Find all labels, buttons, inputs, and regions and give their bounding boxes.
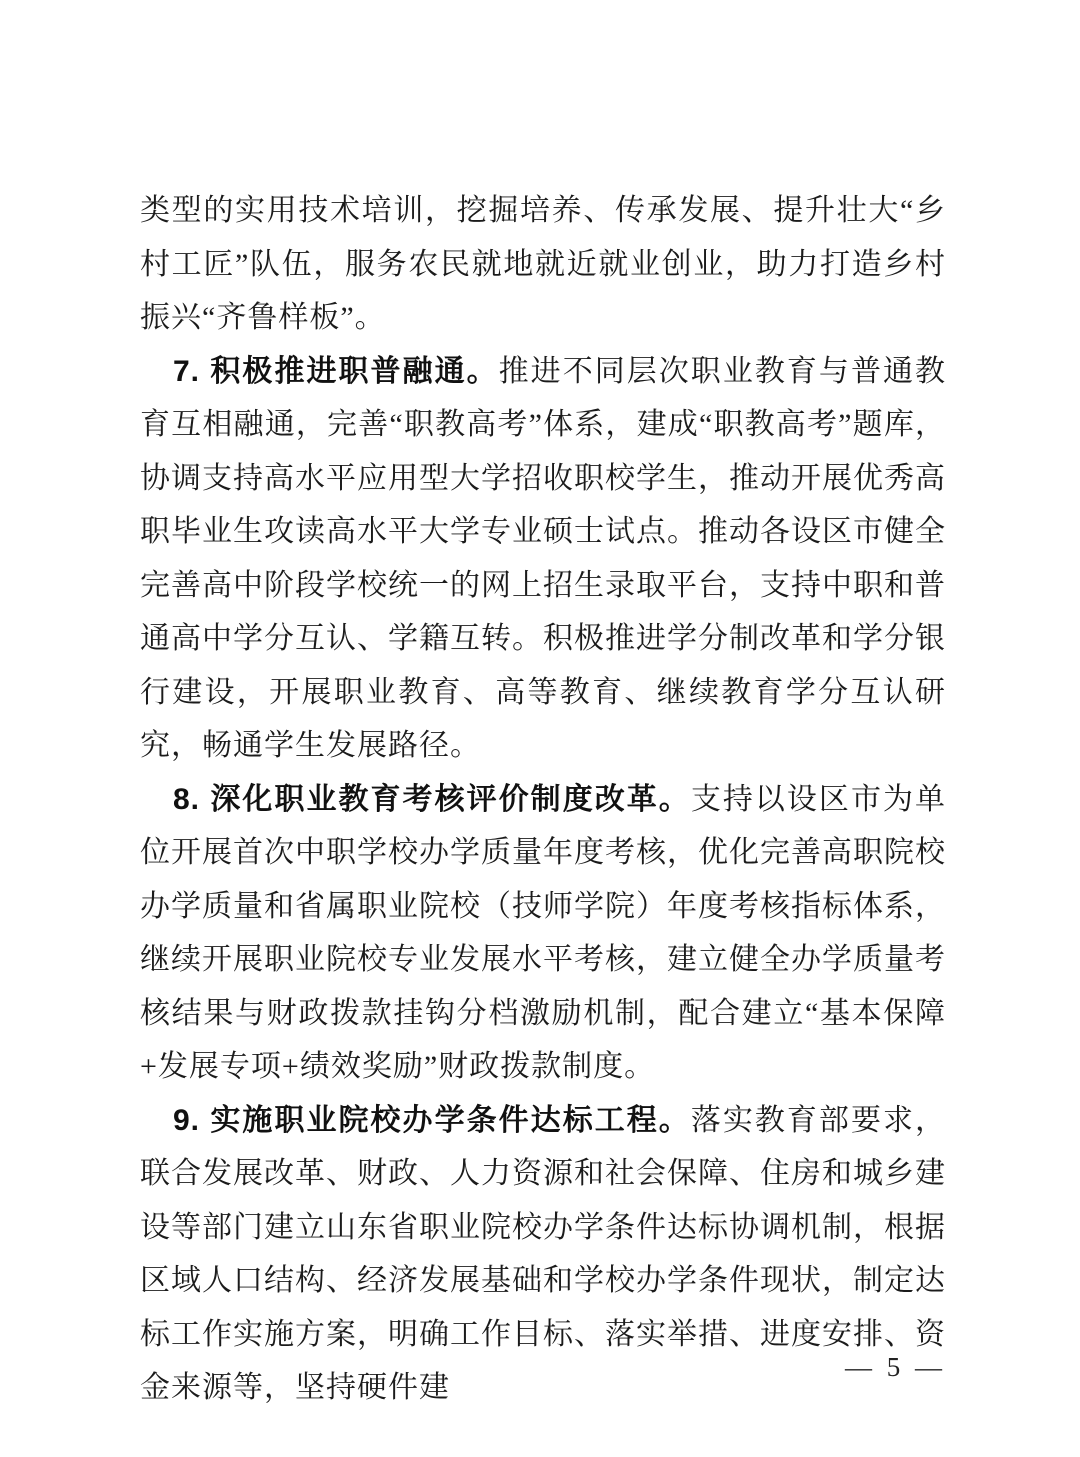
page-number: — 5 — — [0, 1352, 946, 1383]
paragraph-2: 7. 积极推进职普融通。推进不同层次职业教育与普通教育互相融通，完善“职教高考”… — [140, 345, 946, 773]
paragraph-text-run: 推进不同层次职业教育与普通教育互相融通，完善“职教高考”体系，建成“职教高考”题… — [140, 355, 946, 763]
document-page: 类型的实用技术培训，挖掘培养、传承发展、提升壮大“乡村工匠”队伍，服务农民就地就… — [0, 0, 1080, 1457]
paragraph-heading-run: 9. 实施职业院校办学条件达标工程。 — [173, 1104, 691, 1137]
paragraph-1: 类型的实用技术培训，挖掘培养、传承发展、提升壮大“乡村工匠”队伍，服务农民就地就… — [140, 184, 946, 345]
paragraph-heading-run: 7. 积极推进职普融通。 — [173, 355, 499, 388]
paragraph-3: 8. 深化职业教育考核评价制度改革。支持以设区市为单位开展首次中职学校办学质量年… — [140, 773, 946, 1094]
document-body: 类型的实用技术培训，挖掘培养、传承发展、提升壮大“乡村工匠”队伍，服务农民就地就… — [140, 184, 946, 1415]
paragraph-text-run: 支持以设区市为单位开展首次中职学校办学质量年度考核，优化完善高职院校办学质量和省… — [140, 783, 946, 1084]
paragraph-text-run: 类型的实用技术培训，挖掘培养、传承发展、提升壮大“乡村工匠”队伍，服务农民就地就… — [140, 194, 946, 334]
paragraph-heading-run: 8. 深化职业教育考核评价制度改革。 — [173, 783, 691, 816]
